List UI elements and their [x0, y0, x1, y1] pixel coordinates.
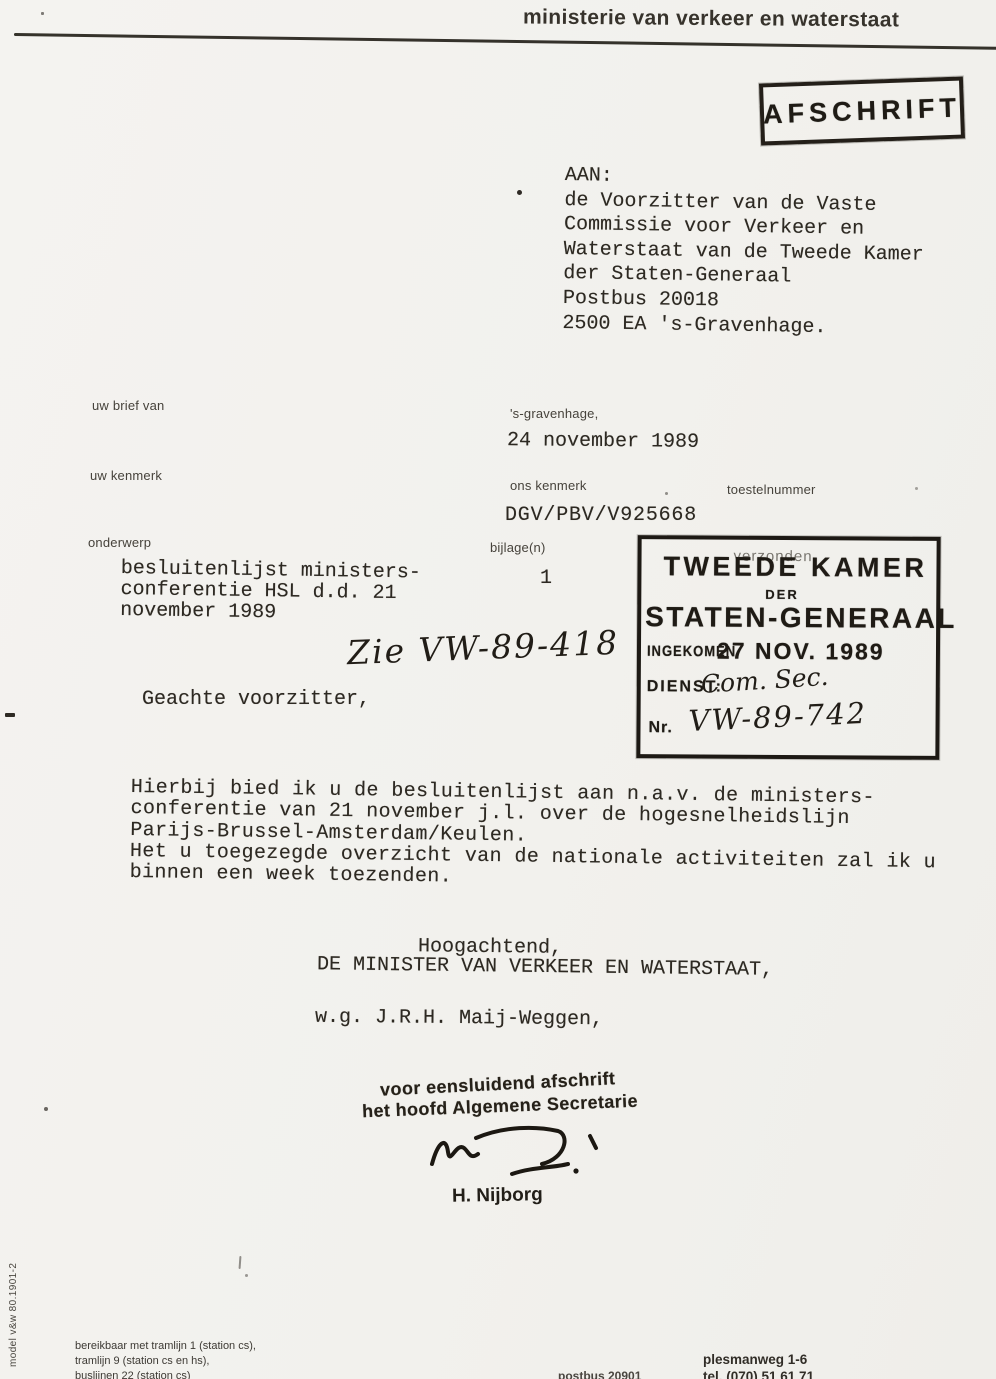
afschrift-stamp-label: AFSCHRIFT [763, 92, 962, 130]
scan-dot [44, 1107, 48, 1111]
salutation: Geachte voorzitter, [142, 688, 370, 711]
footer-postbus: postbus 20901 [558, 1369, 641, 1379]
scan-dash [5, 713, 15, 717]
footer-address-phone: plesmanweg 1-6 tel. (070) 51 61 71 [703, 1351, 814, 1379]
bijlagen-label: bijlage(n) [490, 540, 545, 555]
signature [420, 1108, 605, 1183]
scan-dot [915, 487, 918, 490]
letter-date: 24 november 1989 [507, 429, 699, 454]
scan-dot [517, 190, 522, 195]
onderwerp-label: onderwerp [88, 535, 151, 550]
scan-speck [41, 12, 44, 15]
bijlagen-value: 1 [540, 567, 552, 590]
place-label: 's-gravenhage, [510, 406, 598, 421]
nr-label: Nr. [648, 719, 672, 737]
scan-tick [239, 1256, 242, 1269]
uw-kenmerk-label: uw kenmerk [90, 468, 162, 483]
tweede-kamer-stamp: verzonden TWEEDE KAMER DER STATEN-GENERA… [636, 535, 940, 760]
signed-by-line: w.g. J.R.H. Maij-Weggen, [315, 1006, 603, 1032]
body-paragraph: Hierbij bied ik u de besluitenlijst aan … [130, 777, 938, 895]
afschrift-stamp: AFSCHRIFT [759, 76, 965, 145]
closing-minister-title: DE MINISTER VAN VERKEER EN WATERSTAAT, [317, 953, 773, 982]
ministry-header: ministerie van verkeer en waterstaat [523, 6, 899, 33]
footer-transit-info: bereikbaar met tramlijn 1 (station cs), … [75, 1339, 256, 1379]
recipient-address: AAN: de Voorzitter van de Vaste Commissi… [562, 164, 925, 342]
ons-kenmerk-label: ons kenmerk [510, 478, 587, 493]
header-rule [14, 33, 996, 50]
received-date-stamp: 27 NOV. 1989 [717, 638, 885, 666]
subject-text: besluitenlijst ministers- conferentie HS… [120, 558, 421, 626]
scan-dot [245, 1274, 248, 1277]
tweede-kamer-stamp-der: DER [765, 587, 799, 602]
scan-dot [665, 492, 668, 495]
tweede-kamer-stamp-line3: STATEN-GENERAAL [645, 601, 957, 635]
toestelnummer-label: toestelnummer [727, 482, 816, 497]
tweede-kamer-stamp-line1: TWEEDE KAMER [663, 551, 927, 584]
certifier-name: H. Nijborg [452, 1184, 543, 1208]
dienst-handwritten-value: Com. Sec. [700, 662, 829, 699]
handwritten-reference: Zie VW-89-418 [346, 623, 619, 672]
nr-handwritten-value: VW-89-742 [688, 696, 868, 738]
ons-kenmerk-value: DGV/PBV/V925668 [505, 504, 697, 527]
uw-brief-van-label: uw brief van [92, 398, 165, 413]
form-model-number: model v&w 80.1901-2 [8, 1242, 19, 1367]
scanned-letter-page: ministerie van verkeer en waterstaat AFS… [0, 0, 996, 1379]
